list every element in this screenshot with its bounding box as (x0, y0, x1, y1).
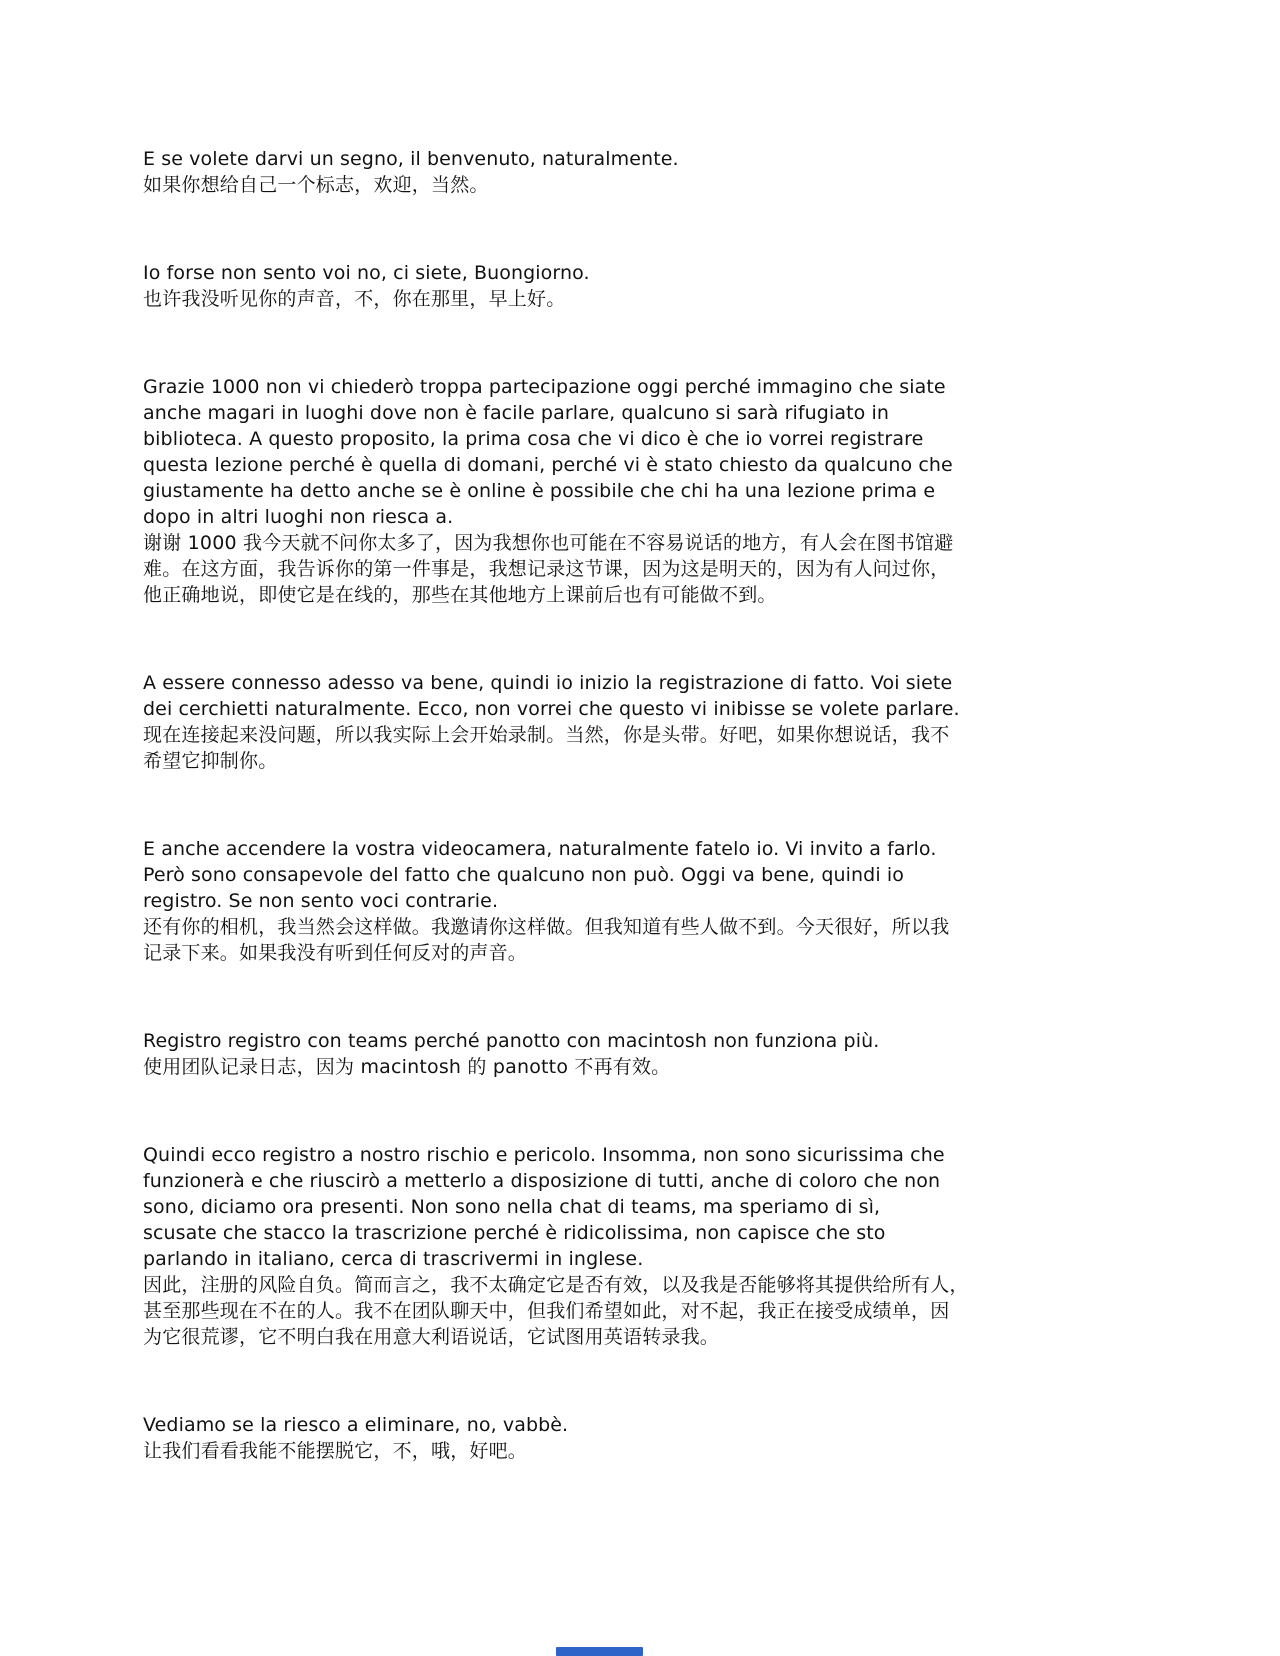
italian-text-line: Quindi ecco registro a nostro rischio e … (143, 1142, 1113, 1168)
italian-text-line: Però sono consapevole del fatto che qual… (143, 862, 1113, 888)
italian-text-line: sono, diciamo ora presenti. Non sono nel… (143, 1194, 1113, 1220)
paragraph-block-8: Vediamo se la riesco a eliminare, no, va… (143, 1412, 1113, 1464)
chinese-text-line: 谢谢 1000 我今天就不问你太多了，因为我想你也可能在不容易说话的地方，有人会… (143, 530, 1113, 556)
italian-text-line: parlando in italiano, cerca di trascrive… (143, 1246, 1113, 1272)
chinese-text-line: 甚至那些现在不在的人。我不在团队聊天中，但我们希望如此，对不起，我正在接受成绩单… (143, 1298, 1113, 1324)
italian-text-line: Io forse non sento voi no, ci siete, Buo… (143, 260, 1113, 286)
document-page: E se volete darvi un segno, il benvenuto… (0, 0, 1280, 1656)
paragraph-block-2: Io forse non sento voi no, ci siete, Buo… (143, 260, 1113, 312)
italian-text-line: E se volete darvi un segno, il benvenuto… (143, 146, 1113, 172)
chinese-text-line: 为它很荒谬，它不明白我在用意大利语说话，它试图用英语转录我。 (143, 1324, 1113, 1350)
italian-text-line: A essere connesso adesso va bene, quindi… (143, 670, 1113, 696)
italian-text-line: E anche accendere la vostra videocamera,… (143, 836, 1113, 862)
italian-text-line: anche magari in luoghi dove non è facile… (143, 400, 1113, 426)
italian-text-line: giustamente ha detto anche se è online è… (143, 478, 1113, 504)
chinese-text-line: 让我们看看我能不能摆脱它，不，哦，好吧。 (143, 1438, 1113, 1464)
italian-text-line: scusate che stacco la trascrizione perch… (143, 1220, 1113, 1246)
bottom-blue-bar[interactable] (556, 1647, 643, 1656)
chinese-text-line: 现在连接起来没问题，所以我实际上会开始录制。当然，你是头带。好吧，如果你想说话，… (143, 722, 1113, 748)
chinese-text-line: 如果你想给自己一个标志，欢迎，当然。 (143, 172, 1113, 198)
italian-text-line: dopo in altri luoghi non riesca a. (143, 504, 1113, 530)
italian-text-line: questa lezione perché è quella di domani… (143, 452, 1113, 478)
italian-text-line: registro. Se non sento voci contrarie. (143, 888, 1113, 914)
paragraph-block-7: Quindi ecco registro a nostro rischio e … (143, 1142, 1113, 1350)
paragraph-block-1: E se volete darvi un segno, il benvenuto… (143, 146, 1113, 198)
paragraph-block-4: A essere connesso adesso va bene, quindi… (143, 670, 1113, 774)
paragraph-block-6: Registro registro con teams perché panot… (143, 1028, 1113, 1080)
chinese-text-line: 希望它抑制你。 (143, 748, 1113, 774)
italian-text-line: Registro registro con teams perché panot… (143, 1028, 1113, 1054)
italian-text-line: Grazie 1000 non vi chiederò troppa parte… (143, 374, 1113, 400)
chinese-text-line: 因此，注册的风险自负。简而言之，我不太确定它是否有效，以及我是否能够将其提供给所… (143, 1272, 1113, 1298)
italian-text-line: Vediamo se la riesco a eliminare, no, va… (143, 1412, 1113, 1438)
italian-text-line: dei cerchietti naturalmente. Ecco, non v… (143, 696, 1113, 722)
chinese-text-line: 他正确地说，即使它是在线的，那些在其他地方上课前后也有可能做不到。 (143, 582, 1113, 608)
document-body: E se volete darvi un segno, il benvenuto… (143, 146, 1113, 1464)
chinese-text-line: 难。在这方面，我告诉你的第一件事是，我想记录这节课，因为这是明天的，因为有人问过… (143, 556, 1113, 582)
chinese-text-line: 还有你的相机，我当然会这样做。我邀请你这样做。但我知道有些人做不到。今天很好，所… (143, 914, 1113, 940)
paragraph-block-5: E anche accendere la vostra videocamera,… (143, 836, 1113, 966)
chinese-text-line: 使用团队记录日志，因为 macintosh 的 panotto 不再有效。 (143, 1054, 1113, 1080)
italian-text-line: funzionerà e che riuscirò a metterlo a d… (143, 1168, 1113, 1194)
chinese-text-line: 也许我没听见你的声音，不，你在那里，早上好。 (143, 286, 1113, 312)
italian-text-line: biblioteca. A questo proposito, la prima… (143, 426, 1113, 452)
chinese-text-line: 记录下来。如果我没有听到任何反对的声音。 (143, 940, 1113, 966)
paragraph-block-3: Grazie 1000 non vi chiederò troppa parte… (143, 374, 1113, 608)
